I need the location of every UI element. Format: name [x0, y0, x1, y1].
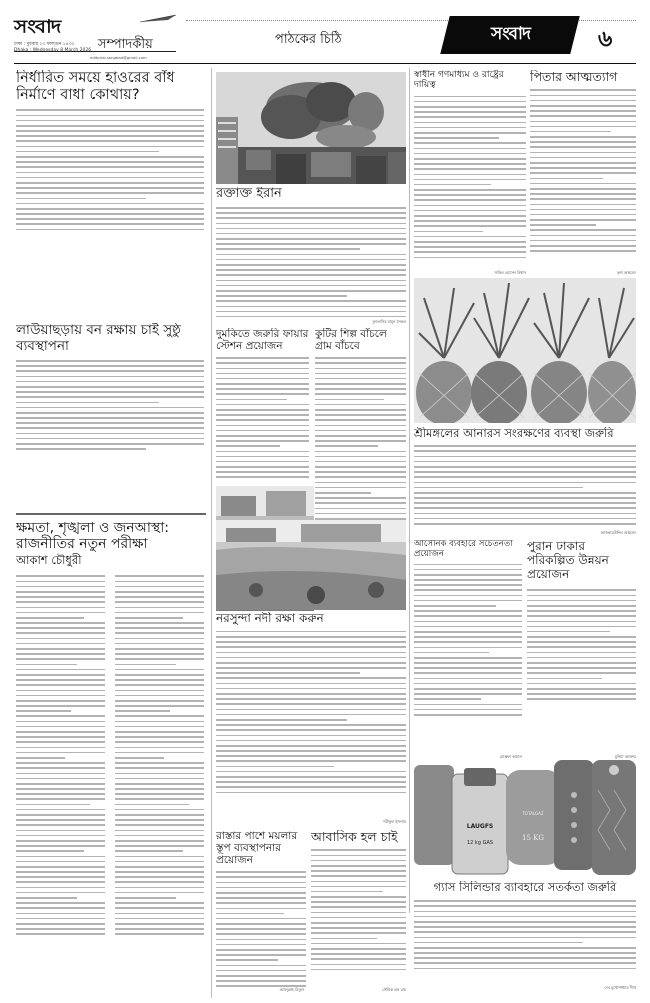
text-line	[414, 916, 636, 918]
text-line	[530, 162, 636, 164]
text-line	[16, 386, 204, 388]
text-line	[115, 617, 183, 619]
text-line	[16, 643, 105, 645]
text-line	[414, 683, 522, 685]
text-line	[530, 110, 636, 112]
text-line	[16, 376, 204, 378]
text-line	[530, 136, 636, 138]
text-line	[216, 970, 306, 972]
text-line	[414, 168, 526, 170]
text-line	[16, 741, 105, 743]
cylinder-label-15kg: 15 KG	[522, 834, 544, 842]
text-line	[311, 865, 406, 867]
text-line	[16, 433, 204, 435]
text-line	[16, 612, 105, 614]
text-line	[115, 913, 204, 915]
text-line	[311, 932, 406, 934]
text-line	[216, 378, 309, 380]
editorial-email[interactable]: editorial.sangbad@gmail.com	[90, 55, 147, 60]
article-body	[414, 564, 522, 716]
text-line	[115, 840, 204, 842]
text-line	[530, 141, 636, 143]
text-line	[216, 399, 287, 401]
text-line	[414, 179, 526, 181]
text-line	[414, 466, 636, 468]
text-line	[16, 892, 105, 894]
text-line	[414, 579, 522, 581]
text-line	[16, 391, 204, 393]
text-line	[16, 443, 204, 445]
text-line	[16, 897, 77, 899]
text-line	[216, 212, 406, 214]
text-line	[216, 362, 309, 364]
text-line	[216, 882, 306, 884]
text-line	[414, 158, 526, 160]
text-line	[216, 776, 406, 778]
text-line	[16, 923, 105, 925]
text-line	[16, 632, 105, 634]
text-line	[315, 456, 406, 458]
headline: শ্রীমঙ্গলের আনারস সংরক্ষণের ব্যবস্থা জরু…	[414, 427, 636, 440]
text-line	[527, 667, 636, 669]
text-line	[16, 913, 105, 915]
section-divider	[16, 513, 206, 515]
text-line	[216, 959, 278, 961]
article-body	[16, 360, 204, 450]
text-line	[16, 427, 204, 429]
text-line	[414, 947, 636, 949]
text-line	[414, 132, 526, 134]
text-line	[216, 933, 306, 935]
text-line	[115, 861, 204, 863]
text-line	[16, 622, 105, 624]
text-line	[115, 721, 204, 723]
text-line	[115, 622, 204, 624]
text-line	[16, 773, 105, 775]
text-line	[16, 203, 204, 205]
section-underline	[14, 51, 176, 52]
text-line	[216, 662, 406, 664]
text-line	[115, 596, 204, 598]
text-line	[414, 569, 522, 571]
text-line	[414, 626, 522, 628]
text-line	[414, 194, 526, 196]
text-line	[530, 100, 636, 102]
article-body	[530, 89, 636, 251]
text-line	[315, 388, 406, 390]
text-line	[315, 497, 406, 499]
text-line	[16, 151, 159, 153]
text-line	[414, 714, 522, 716]
text-line	[16, 135, 204, 137]
text-line	[315, 430, 406, 432]
cylinder-brand-totalgaz: TOTALGAZ	[521, 811, 544, 816]
text-line	[315, 404, 406, 406]
text-line	[115, 612, 204, 614]
text-line	[115, 788, 204, 790]
text-line	[530, 146, 636, 148]
text-line	[16, 140, 204, 142]
text-line	[216, 928, 306, 930]
text-line	[414, 507, 636, 509]
section-name: সম্পাদকীয়	[98, 35, 153, 56]
article-narasunda: নরসুন্দা নদী রক্ষা করুন	[216, 612, 406, 817]
text-line	[115, 933, 204, 935]
text-line	[216, 414, 309, 416]
text-line	[16, 198, 146, 200]
text-line	[216, 451, 309, 453]
text-line	[16, 824, 105, 826]
text-line	[115, 695, 204, 697]
text-line	[115, 627, 204, 629]
text-line	[216, 735, 406, 737]
text-line	[16, 381, 204, 383]
text-line	[414, 652, 489, 654]
text-line	[315, 368, 406, 370]
text-line	[414, 610, 522, 612]
cylinder-brand-text: LAUGFS	[467, 823, 494, 830]
text-line	[527, 589, 636, 591]
text-line	[414, 137, 499, 139]
sangbad-logo: সংবাদ	[14, 14, 60, 44]
text-line	[414, 921, 636, 923]
text-line	[16, 607, 105, 609]
text-line	[527, 678, 602, 680]
text-line	[527, 631, 610, 633]
text-line	[16, 213, 204, 215]
headline: আবাসিক হল চাই	[311, 830, 406, 844]
text-line	[414, 111, 526, 113]
text-line	[115, 892, 204, 894]
text-line	[530, 178, 603, 180]
text-line	[530, 250, 636, 252]
text-line	[16, 715, 105, 717]
text-line	[16, 933, 105, 935]
text-line	[16, 850, 84, 852]
text-line	[16, 156, 204, 158]
text-line	[530, 224, 596, 226]
text-line	[216, 740, 406, 742]
text-line	[216, 476, 309, 478]
text-line	[530, 131, 611, 133]
text-line	[115, 928, 204, 930]
byline: আবদুল্লাহ মিতুল	[216, 987, 304, 994]
text-line	[115, 835, 204, 837]
text-line	[115, 684, 204, 686]
pineapple-photo	[414, 278, 636, 423]
text-line	[216, 425, 309, 427]
banner-logo-text: সংবাদ	[491, 21, 530, 49]
text-line	[16, 907, 105, 909]
text-line	[16, 902, 105, 904]
text-line	[527, 595, 636, 597]
text-line	[530, 126, 636, 128]
text-line	[115, 845, 204, 847]
headline: দুমকিতে জরুরি ফায়ার স্টেশন প্রয়োজন	[216, 328, 309, 352]
text-line	[216, 641, 406, 643]
text-line	[530, 183, 636, 185]
text-line	[16, 752, 105, 754]
text-line	[115, 897, 176, 899]
byline: আজহারউদ্দিন আহমেদ	[414, 530, 636, 537]
text-line	[414, 662, 522, 664]
text-line	[115, 866, 204, 868]
text-line	[527, 652, 636, 654]
text-line	[530, 105, 636, 107]
text-line	[315, 476, 406, 478]
text-line	[115, 809, 204, 811]
text-line	[115, 773, 204, 775]
text-line	[115, 762, 204, 764]
text-line	[315, 513, 406, 515]
text-line	[414, 225, 526, 227]
text-line	[527, 626, 636, 628]
gas-cylinders-photo: LAUGFS 12 kg GAS TOTALGAZ 15 KG	[414, 760, 636, 880]
text-line	[414, 957, 636, 959]
headline: গ্যাস সিলিন্ডার ব্যাবহারে সতর্কতা জরুরি	[414, 881, 636, 894]
text-line	[216, 254, 406, 256]
text-line	[414, 513, 636, 515]
text-line	[315, 399, 384, 401]
text-line	[16, 448, 146, 450]
text-line	[16, 887, 105, 889]
text-line	[216, 435, 309, 437]
text-line	[216, 724, 406, 726]
text-line	[311, 958, 406, 960]
text-line	[216, 311, 406, 313]
text-line	[530, 95, 636, 97]
text-line	[16, 876, 105, 878]
text-line	[216, 876, 306, 878]
text-line	[115, 653, 204, 655]
text-line	[16, 617, 84, 619]
text-line	[414, 564, 522, 566]
text-line	[527, 688, 636, 690]
text-line	[315, 466, 406, 468]
text-line	[530, 198, 636, 200]
text-line	[414, 502, 636, 504]
article-body	[216, 357, 309, 478]
text-line	[414, 220, 526, 222]
article-anaros: শ্রীমঙ্গলের আনারস সংরক্ষণের ব্যবস্থা জরু…	[414, 427, 636, 527]
text-line	[216, 430, 309, 432]
text-line	[115, 887, 204, 889]
text-line	[115, 632, 204, 634]
text-line	[414, 210, 526, 212]
text-line	[527, 683, 636, 685]
text-line	[115, 871, 204, 873]
text-line	[530, 204, 636, 206]
text-line	[16, 601, 105, 603]
text-line	[115, 783, 204, 785]
text-line	[315, 357, 406, 359]
headline: নির্ধারিত সময়ে হাওরের বাঁধ নির্মাণে বাধ…	[16, 70, 204, 103]
headline: ক্ষমতা, শৃঙ্খলা ও জনআস্থা: রাজনীতির নতুন…	[16, 520, 204, 552]
text-line	[311, 891, 383, 893]
text-line	[414, 471, 636, 473]
text-line	[216, 677, 406, 679]
text-line	[530, 152, 636, 154]
text-line	[414, 450, 636, 452]
text-line	[115, 679, 204, 681]
text-line	[315, 445, 378, 447]
text-line	[216, 657, 406, 659]
text-line	[16, 928, 105, 930]
text-line	[16, 648, 105, 650]
text-line	[527, 605, 636, 607]
article-lawachara: লাউয়াছড়ায় বন রক্ষায় চাই সুষ্ঠু ব্যবস…	[16, 323, 204, 508]
text-line	[115, 741, 204, 743]
text-line	[414, 589, 522, 591]
text-line	[414, 241, 526, 243]
text-line	[527, 615, 636, 617]
text-line	[16, 586, 105, 588]
text-line	[216, 243, 406, 245]
text-line	[16, 208, 204, 210]
text-line	[315, 373, 406, 375]
text-line	[216, 683, 406, 685]
text-line	[414, 101, 526, 103]
text-line	[530, 229, 636, 231]
text-line	[527, 600, 636, 602]
text-line	[16, 177, 204, 179]
text-line	[216, 233, 406, 235]
text-line	[414, 461, 636, 463]
text-line	[216, 290, 406, 292]
text-line	[315, 482, 406, 484]
text-line	[216, 949, 306, 951]
text-line	[16, 793, 105, 795]
headline: নরসুন্দা নদী রক্ষা করুন	[216, 612, 406, 626]
byline: সাকিব হোসেন বিশ্বাস	[414, 270, 526, 277]
text-line	[414, 106, 526, 108]
article-body	[216, 871, 306, 990]
text-line	[311, 901, 406, 903]
text-line	[414, 163, 526, 165]
text-line	[414, 487, 583, 489]
text-line	[216, 445, 280, 447]
text-line	[16, 146, 204, 148]
text-line	[115, 747, 204, 749]
text-line	[216, 745, 406, 747]
headline: লাউয়াছড়ায় বন রক্ষায় চাই সুষ্ঠু ব্যবস…	[16, 323, 204, 354]
text-line	[216, 892, 306, 894]
text-line	[414, 236, 526, 238]
text-line	[16, 710, 71, 712]
text-line	[16, 835, 105, 837]
text-line	[414, 96, 526, 98]
text-line	[414, 251, 526, 253]
text-line	[530, 235, 636, 237]
photo-image: LAUGFS 12 kg GAS TOTALGAZ 15 KG	[414, 760, 636, 880]
photo-image	[216, 72, 406, 184]
text-line	[216, 703, 406, 705]
text-line	[16, 788, 105, 790]
text-line	[527, 657, 636, 659]
article-body	[311, 849, 406, 970]
text-line	[311, 886, 406, 888]
text-line	[216, 316, 406, 317]
text-line	[216, 631, 406, 633]
text-line	[16, 166, 204, 168]
text-line	[115, 643, 204, 645]
text-line	[527, 662, 636, 664]
text-line	[216, 652, 406, 654]
text-line	[315, 393, 406, 395]
text-line	[414, 905, 636, 907]
text-line	[16, 684, 105, 686]
text-line	[216, 965, 306, 967]
text-line	[16, 218, 204, 220]
text-line	[16, 396, 204, 398]
text-line	[16, 767, 105, 769]
text-line	[216, 409, 309, 411]
text-line	[216, 786, 406, 788]
text-line	[115, 581, 204, 583]
text-line	[530, 172, 636, 174]
text-line	[414, 621, 522, 623]
text-line	[315, 409, 406, 411]
headline: পিতার আত্মত্যাগ	[530, 70, 636, 84]
text-line	[216, 295, 347, 297]
text-line	[16, 700, 105, 702]
text-line	[115, 907, 204, 909]
text-line	[115, 856, 204, 858]
text-line	[16, 438, 204, 440]
text-line	[16, 172, 204, 174]
text-line	[527, 646, 636, 648]
text-line	[527, 610, 636, 612]
text-line	[115, 830, 204, 832]
article-arsenic: আর্সেনিক ব্যবহারে সচেতনতা প্রয়োজন	[414, 540, 522, 760]
text-line	[414, 926, 636, 928]
text-line	[527, 698, 636, 700]
text-line	[16, 664, 77, 666]
text-line	[311, 860, 406, 862]
text-line	[216, 688, 406, 690]
text-line	[216, 944, 306, 946]
byline: সৌমিক চন্দ্র রায়	[311, 987, 406, 994]
article-body	[527, 589, 636, 700]
text-line	[414, 605, 496, 607]
text-line	[16, 109, 204, 111]
text-line	[414, 900, 636, 902]
text-line	[216, 698, 406, 700]
text-line	[414, 142, 526, 144]
text-line	[216, 954, 306, 956]
text-line	[414, 911, 636, 913]
text-line	[216, 238, 406, 240]
text-line	[216, 887, 306, 889]
text-line	[315, 461, 406, 463]
text-line	[216, 404, 309, 406]
article-body	[16, 109, 204, 230]
text-line	[311, 953, 406, 955]
article-raster: রাস্তার পাশে ময়লার স্তূপ ব্যবস্থাপনার প…	[216, 830, 306, 990]
text-line	[216, 771, 406, 773]
author-name: আকাশ চৌধুরী	[16, 554, 204, 567]
text-line	[16, 918, 105, 920]
text-line	[414, 942, 583, 944]
headline: আর্সেনিক ব্যবহারে সচেতনতা প্রয়োজন	[414, 540, 522, 560]
text-line	[216, 393, 309, 395]
text-line	[16, 365, 204, 367]
text-line	[16, 881, 105, 883]
text-line	[414, 127, 526, 129]
text-line	[414, 952, 636, 954]
text-line	[216, 897, 306, 899]
text-line	[414, 672, 522, 674]
